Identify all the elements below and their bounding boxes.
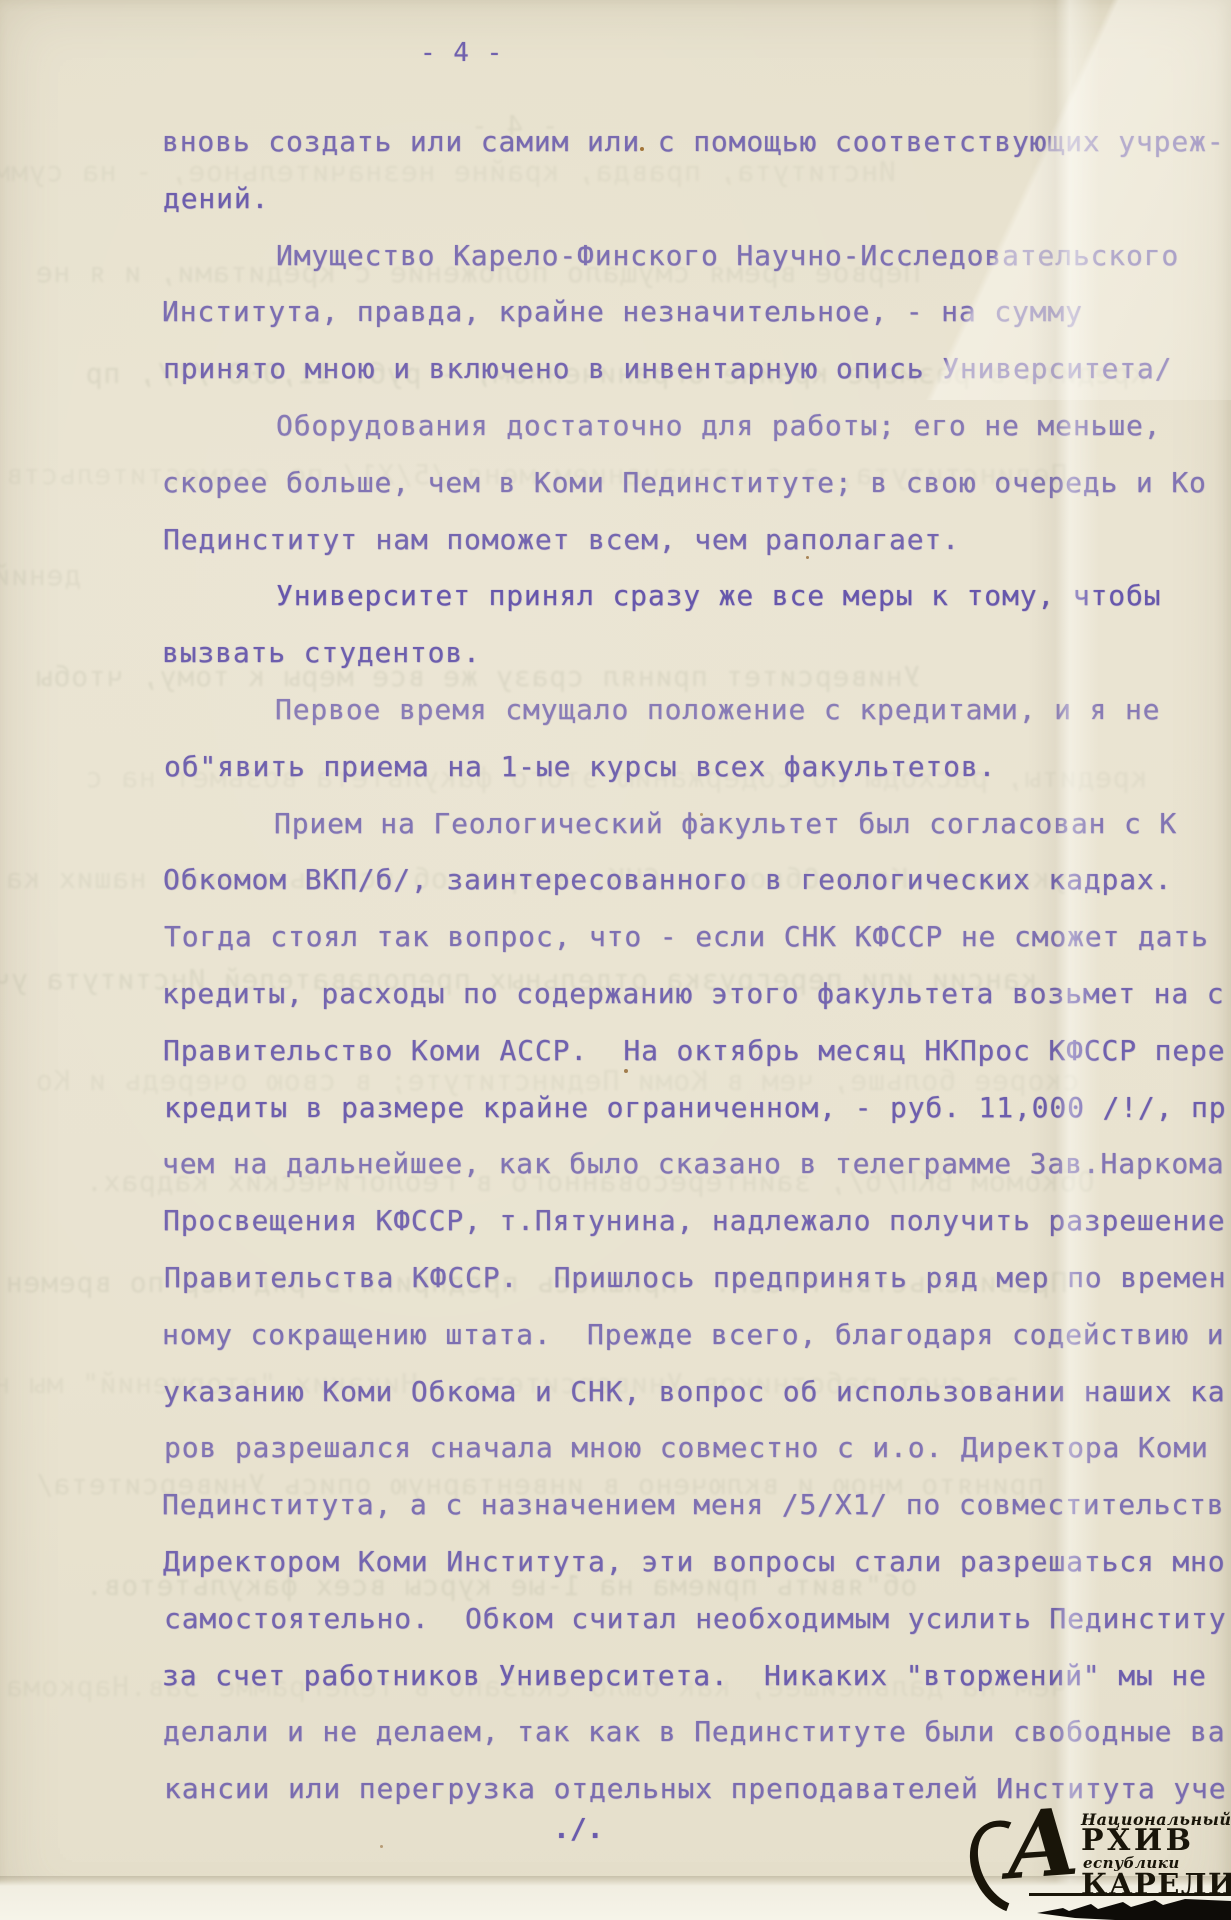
text-line: скорее больше, чем в Коми Пединституте; … (162, 469, 1207, 497)
text-line: чем на дальнейшее, как было сказано в те… (162, 1150, 1224, 1178)
text-line: Директором Коми Института, эти вопросы с… (163, 1548, 1225, 1576)
text-line: указанию Коми Обкома и СНК, вопрос об ис… (163, 1378, 1225, 1406)
text-line: за счет работников Университета. Никаких… (162, 1662, 1207, 1690)
text-line: Правительство Коми АССР. На октябрь меся… (163, 1037, 1225, 1065)
text-line: делали и не делаем, так как в Пединститу… (163, 1718, 1225, 1746)
text-line: Правительства КФССР. Пришлось предпринят… (164, 1264, 1226, 1292)
text-line: Института, правда, крайне незначительное… (162, 298, 1083, 326)
document-page: Института, правда, крайне незначительное… (0, 0, 1231, 1920)
text-line: Просвещения КФССР, т.Пятунина, надлежало… (163, 1207, 1225, 1235)
text-line: Пединститута, а с назначением меня /5/Х1… (162, 1491, 1224, 1519)
text-line: Тогда стоял так вопрос, что - если СНК К… (164, 923, 1209, 951)
feather-icon (1035, 1899, 1231, 1920)
text-line: Обкомом ВКП/б/, заинтересованного в геол… (163, 866, 1172, 894)
text-line: Пединститут нам поможет всем, чем рапола… (163, 526, 960, 554)
watermark-line-2: РХИВ (1081, 1826, 1231, 1856)
text-line: кредиты, расходы по содержанию этого фак… (162, 980, 1224, 1008)
archive-watermark: А Национальный РХИВ еспублики КАРЕЛИЯ (973, 1806, 1231, 1920)
watermark-text: Национальный РХИВ еспублики КАРЕЛИЯ (1081, 1810, 1231, 1899)
text-line: Имущество Карело-Финского Научно-Исследо… (276, 242, 1179, 270)
end-mark: ./. (553, 1812, 604, 1845)
text-line: дений. (163, 185, 269, 213)
watermark-underline (1029, 1893, 1231, 1896)
text-line: вызвать студентов. (162, 639, 481, 667)
text-line: принято мною и включено в инвентарную оп… (163, 355, 1172, 383)
text-line: вновь создать или самим или с помощью со… (162, 128, 1224, 156)
text-line: ному сокращению штата. Прежде всего, бла… (162, 1321, 1224, 1349)
text-line: Первое время смущало положение с кредита… (275, 696, 1160, 724)
text-line: об"явить приема на 1-ые курсы всех факул… (164, 753, 996, 781)
text-line: Оборудования достаточно для работы; его … (276, 412, 1161, 440)
text-layer: вновь создать или самим или с помощью со… (0, 0, 1231, 1920)
text-line: Прием на Геологический факультет был сог… (274, 810, 1177, 838)
text-line: кредиты в размере крайне ограниченном, -… (164, 1094, 1226, 1122)
text-line: ров разрешался сначала мною совместно с … (164, 1434, 1209, 1462)
text-line: самостоятельно. Обком считал необходимым… (164, 1605, 1226, 1633)
monogram-letter: А (1002, 1795, 1083, 1892)
text-line: Университет принял сразу же все меры к т… (276, 582, 1161, 610)
